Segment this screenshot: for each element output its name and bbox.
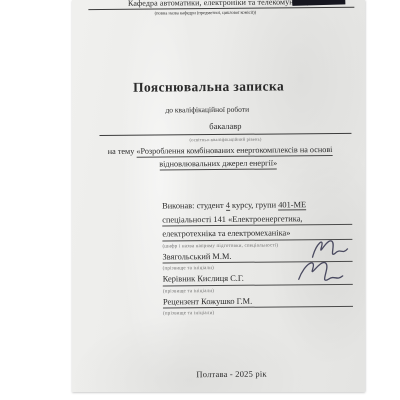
signature-supervisor xyxy=(299,262,343,280)
group-value: 401-МЕ xyxy=(278,200,306,210)
paper-sheet: Кафедра автоматики, електроніки та телек… xyxy=(72,0,365,392)
paper-content: Кафедра автоматики, електроніки та телек… xyxy=(70,0,366,393)
topic-text-2: відновлювальних джерел енергії» xyxy=(159,158,277,170)
reviewer-line: Рецензент Кожушко Г.М. xyxy=(163,295,353,308)
degree-caption: (освітньо-кваліфікаційний рівень) xyxy=(99,136,351,143)
topic-line-1: на тему «Розроблення комбінованих енерго… xyxy=(78,145,363,156)
topic-line-2: відновлювальних джерел енергії» xyxy=(72,158,365,170)
city-year-line: Полтава - 2025 рік xyxy=(74,368,390,381)
page-subtitle: до кваліфікаційної роботи xyxy=(71,104,343,115)
topic-prefix: на тему xyxy=(108,147,137,156)
scanned-title-page: Кафедра автоматики, електроніки та телек… xyxy=(0,0,400,400)
degree-field: бакалавр xyxy=(99,120,351,136)
handwritten-signatures xyxy=(290,235,362,292)
executor-prefix: Виконав: студент xyxy=(162,201,226,211)
topic-text-1: «Розроблення комбінованих енергокомплекс… xyxy=(136,145,332,157)
executor-mid: курсу, групи xyxy=(230,200,278,209)
signature-student xyxy=(312,241,347,257)
degree-value: бакалавр xyxy=(209,121,241,131)
executor-line: Виконав: студент 4 курсу, групи 401-МЕ xyxy=(162,200,354,212)
speciality-line-1: спеціальності 141 «Електроенергетика, xyxy=(162,213,352,226)
reviewer-caption: (прізвище та ініціали) xyxy=(163,310,355,318)
department-caption: (повна назва кафедри (предметної, циклов… xyxy=(110,9,300,16)
page-title: Пояснювальна записка xyxy=(71,78,346,96)
